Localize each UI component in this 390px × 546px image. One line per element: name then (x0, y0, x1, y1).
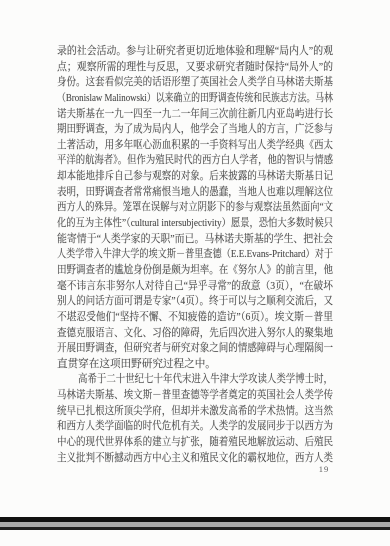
text-line-content: 身份。这套看似完美的话语形塑了英国社会人类学自马林诺夫斯基 (57, 75, 333, 91)
text-line: 表明，田野调查者常常痛恨当地人的愚蠢，当地人也难以理解这位 (57, 185, 333, 201)
text-line: 化的互为主体性”（cultural intersubjectivity）愿景，恐… (57, 216, 333, 232)
text-line: 平洋的航海者》。但作为殖民时代的西方白人学者，他的智识与情感 (57, 153, 333, 169)
text-line-content: 录的社会活动。参与让研究者更切近地体验和理解“局内人”的观 (57, 44, 333, 60)
text-line-content: 却本能地排斥自己参与观察的对象。后来披露的马林诺夫斯基日记 (57, 169, 333, 185)
text-line-content: 诺夫斯基在一九一四至一九二一年间三次前往新几内亚岛屿进行长 (57, 107, 333, 123)
text-line: 田野调查者的尴尬身份倒是颇为坦率。在《努尔人》的前言里，他 (57, 263, 333, 279)
text-line-content: 化的互为主体性”（cultural intersubjectivity）愿景，恐… (57, 216, 333, 232)
text-line: 录的社会活动。参与让研究者更切近地体验和理解“局内人”的观 (57, 44, 333, 60)
text-line-content: 查德克服语言、文化、习俗的障碍，先后四次进入努尔人的聚集地 (57, 326, 333, 342)
text-line-paragraph-end: 直贯穿在这项田野研究过程之中。 (57, 357, 333, 373)
text-line: 人类学带入牛津大学的埃文斯－普里查德（E.E.Evans-Pritchard）对… (57, 247, 333, 263)
text-line: （Bronislaw Malinowski）以来确立的田野调查传统和民族志方法。… (57, 91, 333, 107)
text-line-content: 不堪忍受他们“坚持不懈、不知疲倦的造访”（6页）。埃文斯－普里 (57, 310, 333, 326)
text-line: 能寄情于“人类学家的天职”而已。马林诺夫斯基的学生、把社会 (57, 232, 333, 248)
text-line: 和西方人类学面临的时代危机有关。人类学的发展同步于以西方为 (57, 419, 333, 435)
text-line: 别人的问话方面可谓是专家”（4页）。终于可以与之顺利交流后，又 (57, 294, 333, 310)
text-line: 开展田野调查，但研究者与研究对象之间的情感障碍与心理隔阂一 (57, 341, 333, 357)
text-line-content: 和西方人类学面临的时代危机有关。人类学的发展同步于以西方为 (57, 419, 333, 435)
text-line-content: 点；观察所需的理性与反思，又要求研究者随时保持“局外人”的 (57, 60, 333, 76)
text-line-content: （Bronislaw Malinowski）以来确立的田野调查传统和民族志方法。… (57, 91, 333, 107)
text-line: 不堪忍受他们“坚持不懈、不知疲倦的造访”（6页）。埃文斯－普里 (57, 310, 333, 326)
scanned-book-page: 录的社会活动。参与让研究者更切近地体验和理解“局内人”的观 点；观察所需的理性与… (0, 0, 390, 546)
text-line: 身份。这套看似完美的话语形塑了英国社会人类学自马林诺夫斯基 (57, 75, 333, 91)
text-line-content: 平洋的航海者》。但作为殖民时代的西方白人学者，他的智识与情感 (57, 153, 333, 169)
text-line: 期田野调查，为了成为局内人，他学会了当地人的方言，广泛参与 (57, 122, 333, 138)
text-line-content: 直贯穿在这项田野研究过程之中。 (57, 357, 216, 373)
text-line-content: 主义批判不断撼动西方中心主义和殖民文化的霸权地位，西方人类 (57, 451, 333, 467)
text-line-paragraph-start: 高希于二十世纪七十年代末进入牛津大学攻读人类学博士时， (57, 372, 333, 388)
text-line: 主义批判不断撼动西方中心主义和殖民文化的霸权地位，西方人类 (57, 451, 333, 467)
text-line: 土著活动，用多年呕心沥血积累的一手资料写出人类学经典《西太 (57, 138, 333, 154)
text-line-content: 高希于二十世纪七十年代末进入牛津大学攻读人类学博士时， (78, 372, 333, 388)
text-line-content: 土著活动，用多年呕心沥血积累的一手资料写出人类学经典《西太 (57, 138, 333, 154)
text-line-content: 期田野调查，为了成为局内人，他学会了当地人的方言，广泛参与 (57, 122, 333, 138)
text-line: 中心的现代世界体系的建立与扩张，随着殖民地解放运动、后殖民 (57, 435, 333, 451)
text-line-content: 西方人的殊异。笼罩在误解与对立阴影下的参与观察法虽然面向“文 (57, 200, 333, 216)
text-line: 马林诺夫斯基、埃文斯－普里查德等学者奠定的英国社会人类学传 (57, 388, 333, 404)
page-bottom-edge-line (0, 527, 390, 530)
text-line-content: 别人的问话方面可谓是专家”（4页）。终于可以与之顺利交流后，又 (57, 294, 333, 310)
text-line-content: 田野调查者的尴尬身份倒是颇为坦率。在《努尔人》的前言里，他 (57, 263, 333, 279)
page-number: 19 (314, 464, 334, 474)
text-line: 诺夫斯基在一九一四至一九二一年间三次前往新几内亚岛屿进行长 (57, 107, 333, 123)
page-text-block: 录的社会活动。参与让研究者更切近地体验和理解“局内人”的观 点；观察所需的理性与… (57, 44, 333, 466)
text-line: 却本能地排斥自己参与观察的对象。后来披露的马林诺夫斯基日记 (57, 169, 333, 185)
text-line-content: 毫不讳言东非努尔人对待自己“异乎寻常”的敌意（3页），“在破坏 (57, 279, 333, 295)
text-line: 毫不讳言东非努尔人对待自己“异乎寻常”的敌意（3页），“在破坏 (57, 279, 333, 295)
text-line-content: 能寄情于“人类学家的天职”而已。马林诺夫斯基的学生、把社会 (57, 232, 333, 248)
text-line: 西方人的殊异。笼罩在误解与对立阴影下的参与观察法虽然面向“文 (57, 200, 333, 216)
text-line-content: 中心的现代世界体系的建立与扩张，随着殖民地解放运动、后殖民 (57, 435, 333, 451)
text-line: 查德克服语言、文化、习俗的障碍，先后四次进入努尔人的聚集地 (57, 326, 333, 342)
text-line-content: 统早已扎根这所顶尖学府，但却并未激发高希的学术热情。这当然 (57, 404, 333, 420)
text-line-content: 开展田野调查，但研究者与研究对象之间的情感障碍与心理隔阂一 (57, 341, 333, 357)
text-line: 统早已扎根这所顶尖学府，但却并未激发高希的学术热情。这当然 (57, 404, 333, 420)
text-line-content: 表明，田野调查者常常痛恨当地人的愚蠢，当地人也难以理解这位 (57, 185, 333, 201)
text-line-content: 马林诺夫斯基、埃文斯－普里查德等学者奠定的英国社会人类学传 (57, 388, 333, 404)
text-line: 点；观察所需的理性与反思，又要求研究者随时保持“局外人”的 (57, 60, 333, 76)
text-line-content: 人类学带入牛津大学的埃文斯－普里查德（E.E.Evans-Pritchard）对… (57, 247, 333, 263)
